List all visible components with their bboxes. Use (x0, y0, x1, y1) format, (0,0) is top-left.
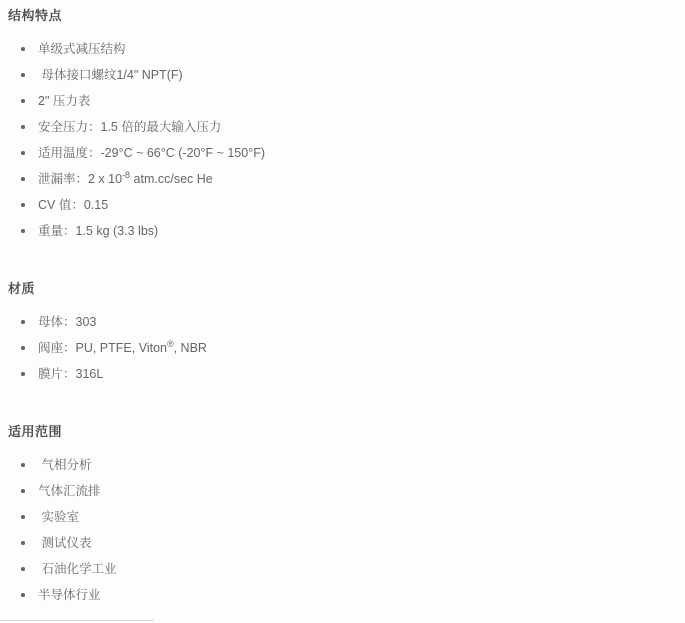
list-item-text: 母体接口螺纹1/4" NPT(F) (38, 68, 183, 82)
spec-list: 单级式减压结构 母体接口螺纹1/4" NPT(F)2" 压力表安全压力：1.5 … (8, 41, 685, 239)
list-item-text: 石油化学工业 (38, 562, 116, 576)
list-item-text: 测试仪表 (38, 536, 91, 550)
list-item: 气体汇流排 (8, 483, 685, 499)
list-item: CV 值：0.15 (8, 197, 685, 213)
list-item: 适用温度：-29°C ~ 66°C (-20°F ~ 150°F) (8, 145, 685, 161)
list-item-text: 膜片：316L (38, 367, 103, 381)
spec-list: 气相分析气体汇流排 实验室 测试仪表 石油化学工业半导体行业 (8, 457, 685, 603)
list-item: 石油化学工业 (8, 561, 685, 577)
text-segment: 安全压力：1.5 倍的最大输入压力 (38, 120, 221, 134)
text-segment: 膜片：316L (38, 367, 103, 381)
list-item: 阀座：PU, PTFE, Viton®, NBR (8, 340, 685, 356)
text-segment: 单级式减压结构 (38, 42, 126, 56)
list-item-text: 半导体行业 (38, 588, 101, 602)
list-item-text: 单级式减压结构 (38, 42, 126, 56)
text-segment: 实验室 (38, 510, 79, 524)
list-item: 测试仪表 (8, 535, 685, 551)
text-segment: 母体接口螺纹1/4" NPT(F) (38, 68, 183, 82)
list-item: 安全压力：1.5 倍的最大输入压力 (8, 119, 685, 135)
list-item-text: 气相分析 (38, 458, 91, 472)
list-item: 母体：303 (8, 314, 685, 330)
superscript: -8 (122, 170, 130, 180)
section-heading: 适用范围 (8, 424, 685, 439)
text-segment: 阀座：PU, PTFE, Viton (38, 341, 167, 355)
text-segment: 重量：1.5 kg (3.3 lbs) (38, 224, 158, 238)
list-item-text: 泄漏率：2 x 10-8 atm.cc/sec He (38, 172, 213, 186)
text-segment: 适用温度：-29°C ~ 66°C (-20°F ~ 150°F) (38, 146, 265, 160)
text-segment: atm.cc/sec He (130, 172, 213, 186)
list-item-text: 适用温度：-29°C ~ 66°C (-20°F ~ 150°F) (38, 146, 265, 160)
list-item: 泄漏率：2 x 10-8 atm.cc/sec He (8, 171, 685, 187)
list-item: 气相分析 (8, 457, 685, 473)
list-item-text: 气体汇流排 (38, 484, 101, 498)
list-item-text: 2" 压力表 (38, 94, 90, 108)
spec-section-0: 结构特点单级式减压结构 母体接口螺纹1/4" NPT(F)2" 压力表安全压力：… (8, 8, 685, 239)
text-segment: 泄漏率：2 x 10 (38, 172, 122, 186)
list-item-text: 阀座：PU, PTFE, Viton®, NBR (38, 341, 207, 355)
list-item: 2" 压力表 (8, 93, 685, 109)
list-item: 半导体行业 (8, 587, 685, 603)
text-segment: 石油化学工业 (38, 562, 116, 576)
text-segment: 半导体行业 (38, 588, 101, 602)
text-segment: 测试仪表 (38, 536, 91, 550)
spec-section-1: 材质母体：303阀座：PU, PTFE, Viton®, NBR膜片：316L (8, 281, 685, 382)
list-item-text: 安全压力：1.5 倍的最大输入压力 (38, 120, 221, 134)
spec-list: 母体：303阀座：PU, PTFE, Viton®, NBR膜片：316L (8, 314, 685, 382)
list-item: 母体接口螺纹1/4" NPT(F) (8, 67, 685, 83)
text-segment: , NBR (174, 341, 207, 355)
partial-bottom-divider (0, 620, 154, 621)
superscript: ® (167, 339, 174, 349)
text-segment: 气相分析 (38, 458, 91, 472)
text-segment: CV 值：0.15 (38, 198, 108, 212)
list-item: 实验室 (8, 509, 685, 525)
spec-content: 结构特点单级式减压结构 母体接口螺纹1/4" NPT(F)2" 压力表安全压力：… (0, 0, 685, 603)
spec-section-2: 适用范围 气相分析气体汇流排 实验室 测试仪表 石油化学工业半导体行业 (8, 424, 685, 603)
section-heading: 结构特点 (8, 8, 685, 23)
section-heading: 材质 (8, 281, 685, 296)
list-item: 重量：1.5 kg (3.3 lbs) (8, 223, 685, 239)
list-item-text: CV 值：0.15 (38, 198, 108, 212)
text-segment: 2" 压力表 (38, 94, 90, 108)
list-item-text: 实验室 (38, 510, 79, 524)
text-segment: 气体汇流排 (38, 484, 101, 498)
list-item-text: 母体：303 (38, 315, 96, 329)
text-segment: 母体：303 (38, 315, 96, 329)
list-item: 膜片：316L (8, 366, 685, 382)
list-item-text: 重量：1.5 kg (3.3 lbs) (38, 224, 158, 238)
list-item: 单级式减压结构 (8, 41, 685, 57)
